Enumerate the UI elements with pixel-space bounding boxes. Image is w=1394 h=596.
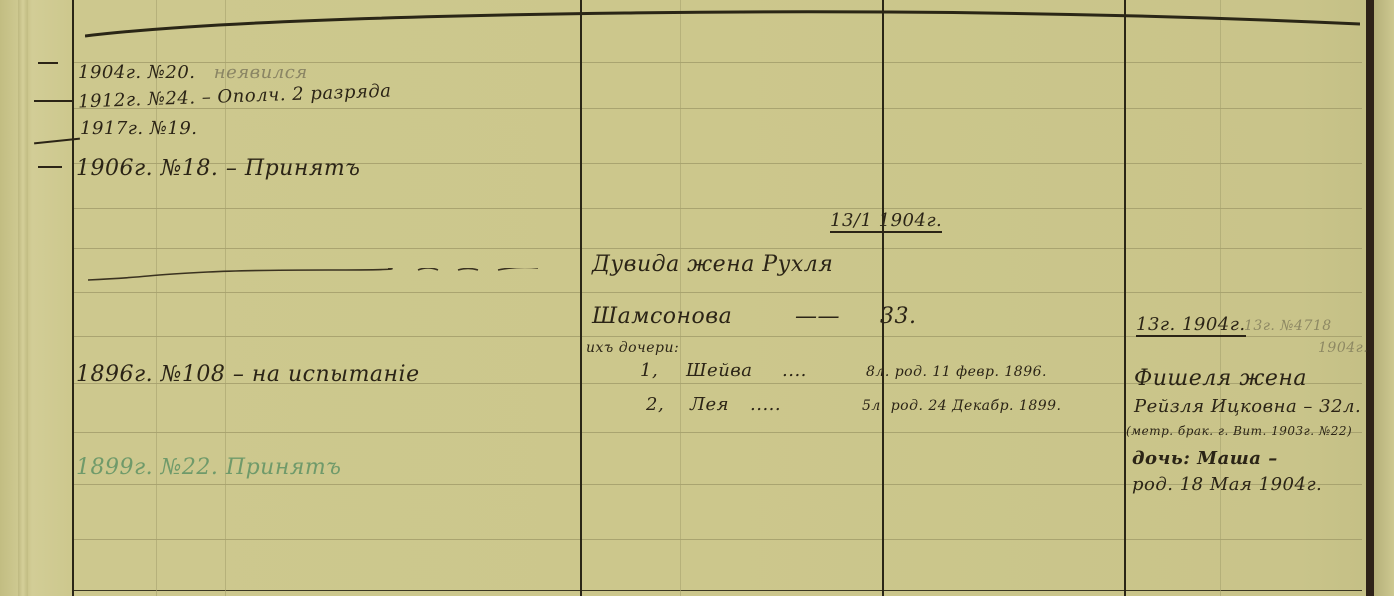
daughter-1-number: 1, xyxy=(640,360,658,381)
family-date-note: 13/1 1904г. xyxy=(830,210,942,233)
notes-daughter-birth: род. 18 Мая 1904г. xyxy=(1132,474,1322,495)
daughter-1-dots: .... xyxy=(782,360,807,381)
service-entry-1896: 1896г. №108 – на испытаніе xyxy=(76,362,420,387)
column-rule-2 xyxy=(580,0,582,596)
daughter-2-dots: ..... xyxy=(750,394,781,415)
notes-marriage-record: (метр. брак. г. Вит. 1903г. №22) xyxy=(1126,424,1352,438)
faint-column-line xyxy=(1220,0,1221,596)
wife-surname: Шамсонова xyxy=(592,304,732,329)
strike-scribble xyxy=(88,268,538,284)
surname-dash: —— xyxy=(795,304,840,329)
daughter-2-number: 2, xyxy=(646,394,664,415)
ruled-line xyxy=(72,108,1362,109)
service-entry-1904-status: неявился xyxy=(214,62,308,83)
notes-husband-wife: Фишеля жена xyxy=(1134,366,1307,391)
ruled-line xyxy=(72,292,1362,293)
header-curved-rule xyxy=(85,10,1360,40)
notes-faint-year: 1904г. xyxy=(1318,340,1368,356)
faint-column-line xyxy=(680,0,681,596)
daughter-1-age-birth: 8л. род. 11 февр. 1896. xyxy=(866,364,1047,380)
binding-gutter xyxy=(18,0,28,596)
margin-tick xyxy=(34,100,72,102)
adjacent-page-edge xyxy=(1374,0,1394,596)
column-rule-4 xyxy=(1124,0,1126,596)
daughter-2-name: Лея xyxy=(690,394,729,415)
service-entry-1899: 1899г. №22. Принятъ xyxy=(76,455,341,480)
wife-age: 33. xyxy=(880,304,917,329)
daughter-1-name: Шейва xyxy=(686,360,753,381)
notes-daughter: дочь: Маша – xyxy=(1132,448,1278,469)
ruled-line xyxy=(72,248,1362,249)
wife-name-line: Дувида жена Рухля xyxy=(592,252,833,277)
ruled-line xyxy=(72,208,1362,209)
ledger-page: 1904г. №20. неявился 1912г. №24. – Ополч… xyxy=(0,0,1394,596)
service-entry-1906: 1906г. №18. – Принятъ xyxy=(76,156,360,181)
service-entry-1904: 1904г. №20. неявился xyxy=(78,62,308,83)
daughter-2-age-birth: 5л. род. 24 Декабр. 1899. xyxy=(862,398,1062,414)
bottom-rule xyxy=(72,590,1362,591)
page-right-edge xyxy=(1366,0,1374,596)
notes-heading-date: 13г. 1904г. xyxy=(1136,314,1246,337)
column-rule-left xyxy=(72,0,74,596)
margin-tick xyxy=(38,62,58,64)
notes-wife-name-age: Рейзля Ицковна – 32л. xyxy=(1134,396,1361,417)
service-entry-1917: 1917г. №19. xyxy=(80,118,198,139)
margin-tick xyxy=(38,166,62,168)
service-entry-1904-prefix: 1904г. №20. xyxy=(78,62,196,83)
column-rule-3 xyxy=(882,0,884,596)
daughters-header: ихъ дочери: xyxy=(586,340,679,356)
notes-faint-reference: 13г. №4718 xyxy=(1244,318,1332,334)
ruled-line xyxy=(72,539,1362,540)
